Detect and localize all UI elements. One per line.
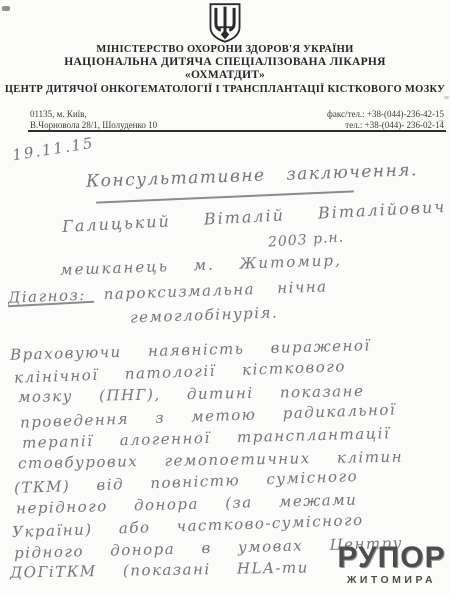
hospital-line: НАЦІОНАЛЬНА ДИТЯЧА СПЕЦІАЛІЗОВАНА ЛІКАРН… — [0, 56, 450, 68]
patient-residence: мешканець м. Житомир, — [60, 251, 342, 279]
document-title: Консультативне заключення. — [86, 160, 418, 192]
diagnosis-text-2: гемоглобінурія. — [130, 303, 279, 326]
hospital-name-line: «ОХМАТДИТ» — [0, 69, 450, 81]
rupor-zhytomyra-watermark: РУПОР ЖИТОМИРА — [333, 542, 450, 586]
ministry-line: МІНІСТЕРСТВО ОХОРОНИ ЗДОРОВ'Я УКРАЇНИ — [0, 44, 450, 55]
diagnosis-text-1: пароксизмальна нічна — [103, 277, 327, 303]
ukraine-trident-icon — [206, 3, 244, 43]
scan-artifact — [444, 96, 449, 99]
body-line: ДОГіТКМ (показані HLA-ти — [10, 558, 309, 581]
address-block: 01135, м. Київ, В.Чорновола 28/1, Шолуде… — [30, 109, 157, 131]
contacts-block: факс/тел.: +38-(044)-236-42-15 тел.: +38… — [327, 109, 444, 131]
patient-birth-year: 2003 р.н. — [268, 229, 345, 250]
center-line: ЦЕНТР ДИТЯЧОЇ ОНКОГЕМАТОЛОГІЇ І ТРАНСПЛА… — [0, 84, 450, 95]
scan-artifact — [2, 6, 10, 11]
scanned-document-page: МІНІСТЕРСТВО ОХОРОНИ ЗДОРОВ'Я УКРАЇНИ НА… — [0, 0, 450, 595]
header-divider — [28, 130, 446, 132]
watermark-title: РУПОР — [333, 542, 450, 574]
address-line-1: 01135, м. Київ, — [30, 109, 157, 120]
fax-line: факс/тел.: +38-(044)-236-42-15 — [327, 109, 444, 120]
patient-name: Галицький Віталій Віталійович — [62, 197, 447, 236]
handwritten-date: 19.11.15 — [11, 134, 96, 165]
title-underline — [96, 190, 354, 203]
watermark-subtitle: ЖИТОМИРА — [333, 574, 450, 586]
